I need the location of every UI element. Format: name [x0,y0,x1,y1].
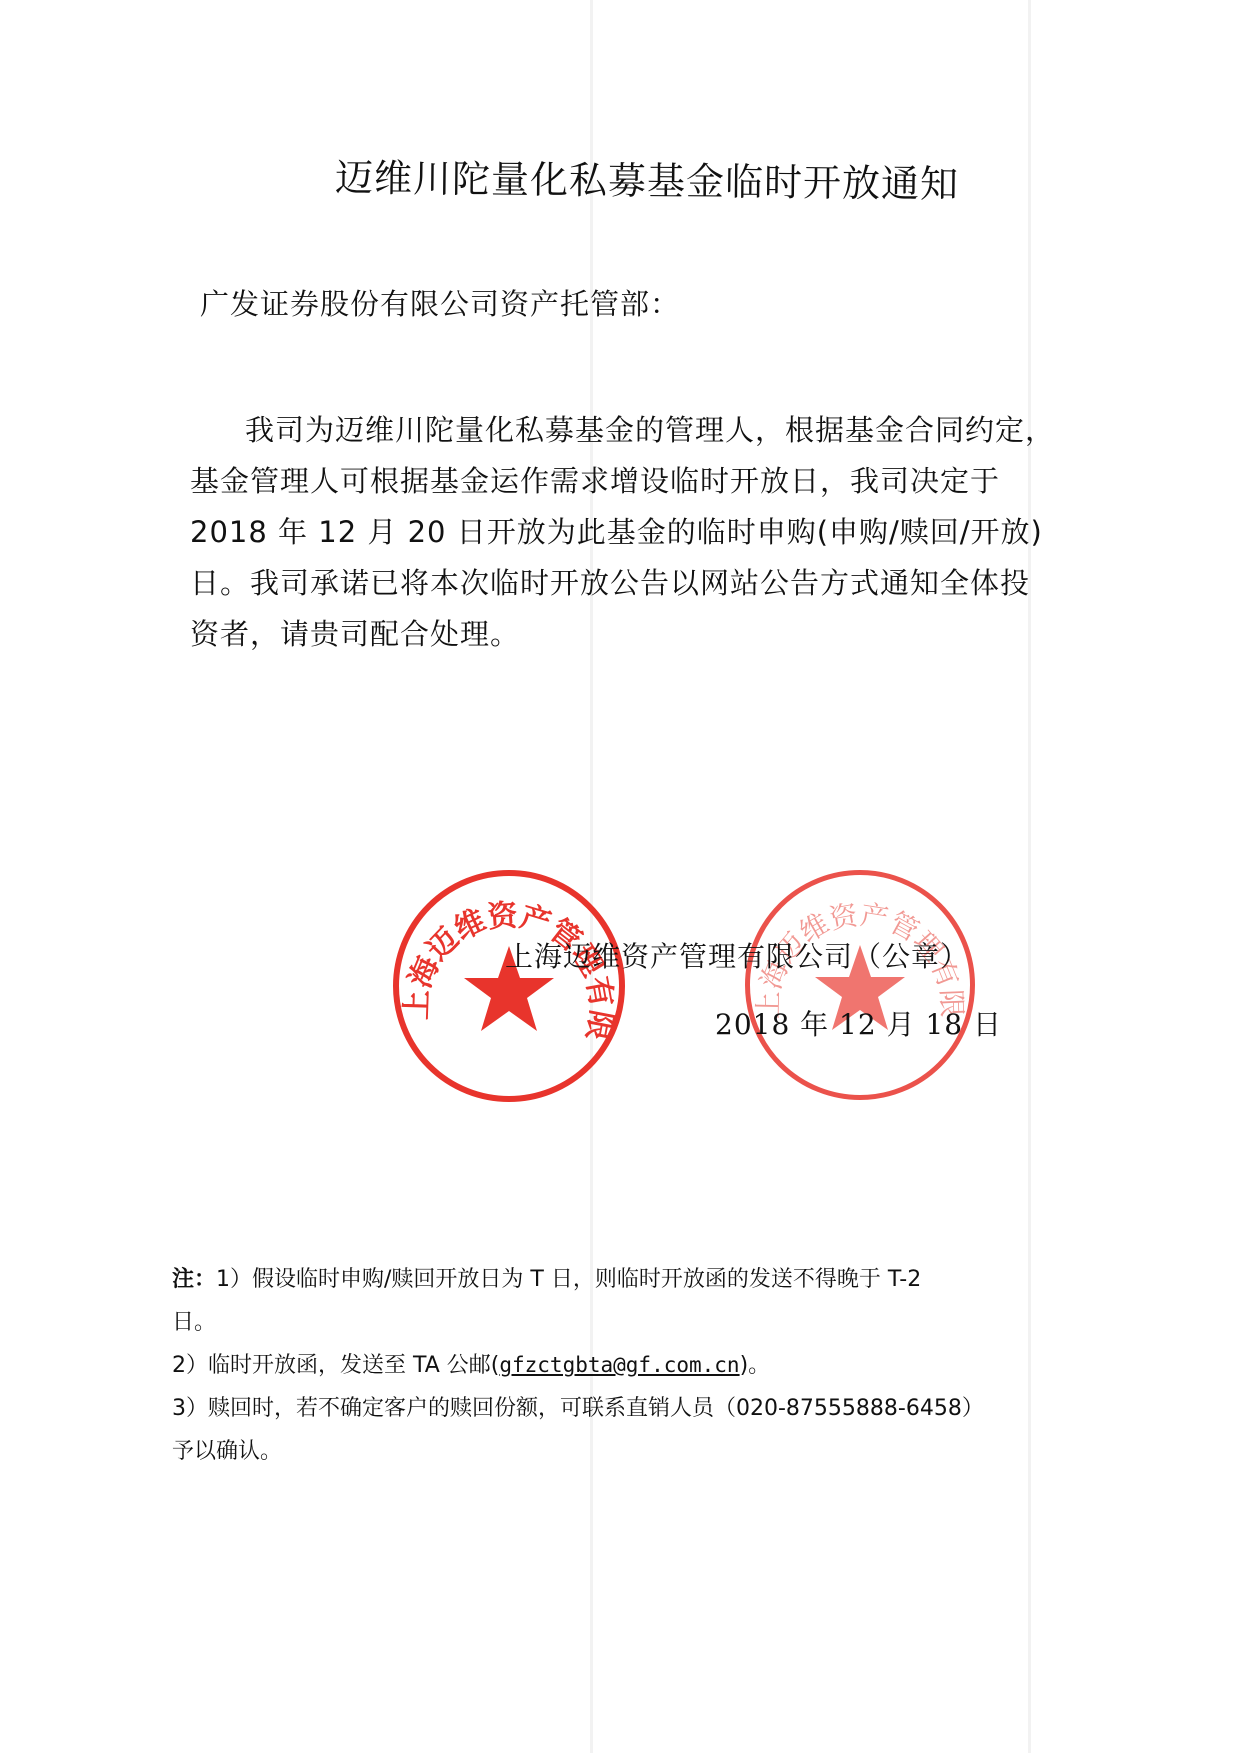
ta-email-link[interactable]: gfzctgbta@gf.com.cn [499,1353,739,1377]
signature-company: 上海迈维资产管理有限公司（公章） [505,935,969,975]
note-text: 假设临时申购/赎回开放日为 T 日，则临时开放函的发送不得晚于 T-2 [252,1267,921,1292]
note-text: )。 [740,1353,771,1378]
note-prefix: 1） [216,1267,252,1292]
signature-date: 2018 年 12 月 18 日 [715,1003,1002,1043]
body-line: 资者，请贵司配合处理。 [190,609,1070,660]
document-title: 迈维川陀量化私募基金临时开放通知 [335,147,956,208]
body-line: 基金管理人可根据基金运作需求增设临时开放日，我司决定于 [190,456,1070,507]
star-icon: 上海迈维资产管理有限公司 [399,876,619,1096]
note-prefix: 2） [172,1353,208,1378]
notes-section: 注：1）假设临时申购/赎回开放日为 T 日，则临时开放函的发送不得晚于 T-2 … [172,1258,1072,1473]
note-text: 临时开放函，发送至 TA 公邮( [208,1353,499,1378]
body-line: 2018 年 12 月 20 日开放为此基金的临时申购(申购/赎回/开放) [190,507,1070,558]
note-text: 赎回时，若不确定客户的赎回份额，可联系直销人员（020-87555888-645… [208,1396,984,1421]
scan-artifact-line [1028,0,1031,1753]
note-3-continuation: 予以确认。 [172,1430,1072,1473]
star-icon: 上海迈维资产管理有限公司 [750,875,970,1095]
company-seal-stamp: 上海迈维资产管理有限公司 [393,870,625,1102]
note-3: 3）赎回时，若不确定客户的赎回份额，可联系直销人员（020-87555888-6… [172,1387,1072,1430]
body-line: 我司为迈维川陀量化私募基金的管理人，根据基金合同约定， [190,405,1070,456]
body-line: 日。我司承诺已将本次临时开放公告以网站公告方式通知全体投 [190,558,1070,609]
company-seal-stamp: 上海迈维资产管理有限公司 [745,870,975,1100]
addressee: 广发证券股份有限公司资产托管部： [200,282,680,323]
notes-label: 注： [172,1267,216,1292]
body-paragraph: 我司为迈维川陀量化私募基金的管理人，根据基金合同约定， 基金管理人可根据基金运作… [190,405,1070,660]
note-2: 2）临时开放函，发送至 TA 公邮(gfzctgbta@gf.com.cn)。 [172,1344,1072,1387]
note-1: 注：1）假设临时申购/赎回开放日为 T 日，则临时开放函的发送不得晚于 T-2 [172,1258,1072,1301]
note-prefix: 3） [172,1396,208,1421]
note-1-continuation: 日。 [172,1301,1072,1344]
